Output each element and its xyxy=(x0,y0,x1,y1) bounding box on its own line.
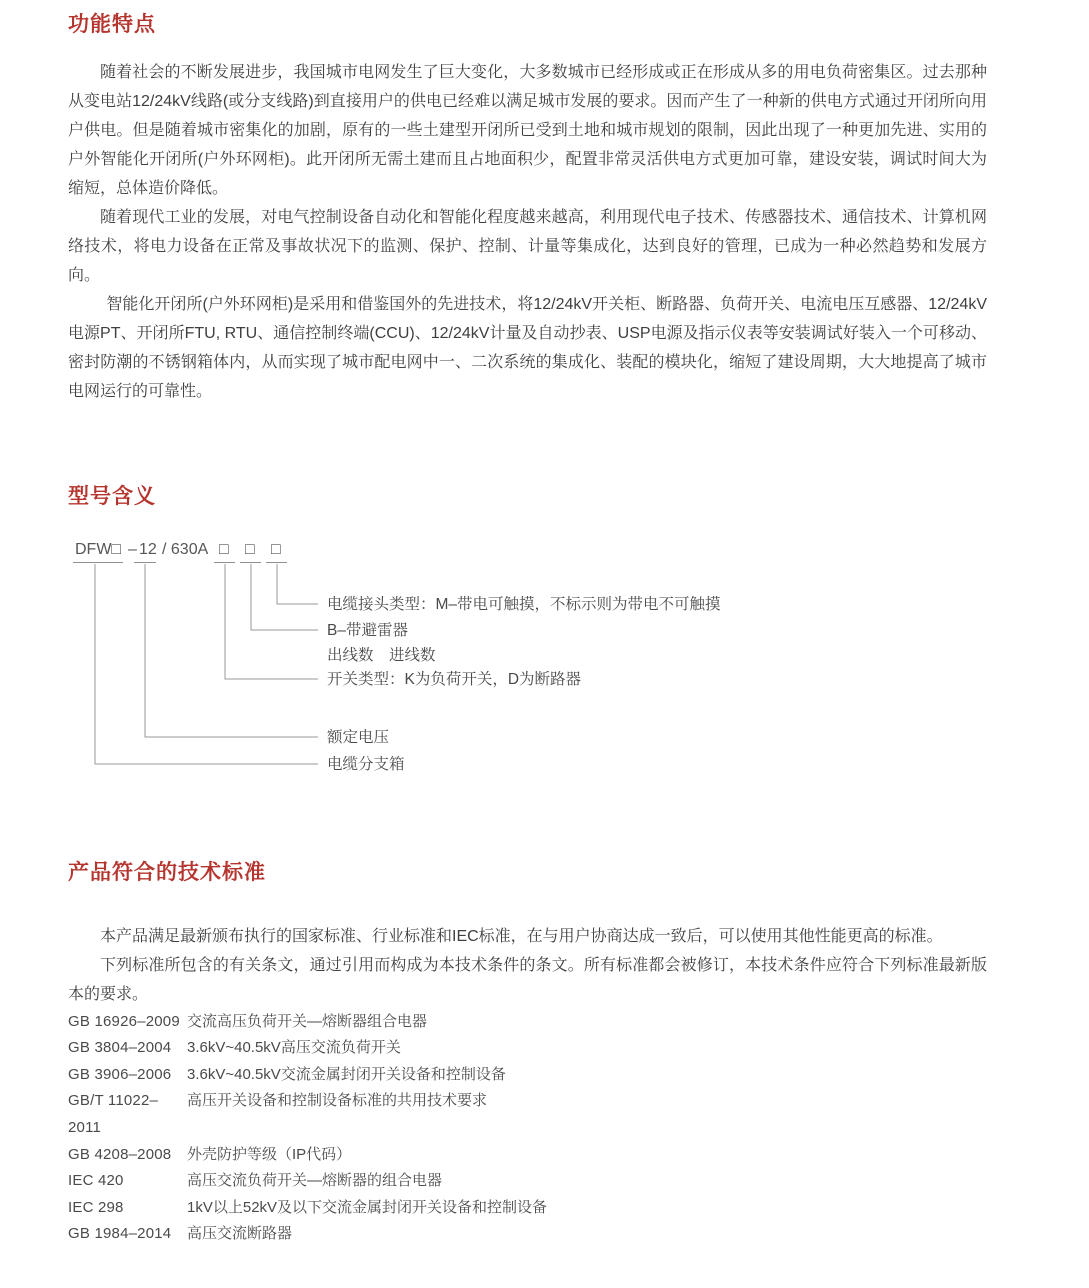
model-code-prefix: DFW□ xyxy=(75,541,121,559)
standard-desc: 3.6kV~40.5kV交流金属封闭开关设备和控制设备 xyxy=(187,1062,987,1089)
standard-desc: 高压交流负荷开关—熔断器的组合电器 xyxy=(187,1168,987,1195)
label-line-counts: 出线数 进线数 xyxy=(327,647,436,665)
features-paragraph-1: 随着社会的不断发展进步，我国城市电网发生了巨大变化，大多数城市已经形成或正在形成… xyxy=(68,58,987,203)
label-rated-voltage: 额定电压 xyxy=(327,729,389,747)
label-switch-type: 开关类型：K为负荷开关，D为断路器 xyxy=(327,671,581,689)
standard-desc: 高压交流断路器 xyxy=(187,1221,987,1248)
section-standards: 产品符合的技术标准 本产品满足最新颁布执行的国家标准、行业标准和IEC标准，在与… xyxy=(68,860,987,1248)
model-code-box-2: □ xyxy=(245,541,255,559)
standard-desc: 3.6kV~40.5kV高压交流负荷开关 xyxy=(187,1035,987,1062)
section-features: 功能特点 随着社会的不断发展进步，我国城市电网发生了巨大变化，大多数城市已经形成… xyxy=(68,12,987,406)
standard-desc: 高压开关设备和控制设备标准的共用技术要求 xyxy=(187,1088,987,1141)
features-paragraph-3: 智能化开闭所(户外环网柜)是采用和借鉴国外的先进技术，将12/24kV开关柜、断… xyxy=(68,290,987,406)
section-model-meaning: 型号含义 DFW□ – 12 / 630A □ □ □ xyxy=(68,484,987,780)
document-page: 功能特点 随着社会的不断发展进步，我国城市电网发生了巨大变化，大多数城市已经形成… xyxy=(0,0,1089,1288)
standard-code: GB 3906–2006 xyxy=(68,1062,187,1089)
model-code-box-1: □ xyxy=(219,541,229,559)
standard-code: GB 16926–2009 xyxy=(68,1009,187,1036)
underline-box-3 xyxy=(266,562,287,563)
standards-table: GB 16926–2009 交流高压负荷开关—熔断器组合电器 GB 3804–2… xyxy=(68,1009,987,1248)
model-code-box-3: □ xyxy=(271,541,281,559)
label-cable-box: 电缆分支箱 xyxy=(327,756,405,774)
standard-code: GB 1984–2014 xyxy=(68,1221,187,1248)
standard-code: GB/T 11022–2011 xyxy=(68,1088,187,1141)
standard-code: GB 3804–2004 xyxy=(68,1035,187,1062)
standard-desc: 1kV以上52kV及以下交流金属封闭开关设备和控制设备 xyxy=(187,1195,987,1222)
model-designation-diagram: DFW□ – 12 / 630A □ □ □ 电缆接头类型：M–带电可触摸，不标… xyxy=(68,535,987,780)
underline-box-1 xyxy=(214,562,235,563)
underline-prefix xyxy=(73,562,123,563)
label-cable-head-type: 电缆接头类型：M–带电可触摸，不标示则为带电不可触摸 xyxy=(327,596,721,614)
diagram-leader-lines xyxy=(68,535,987,780)
underline-voltage xyxy=(134,562,156,563)
features-heading: 功能特点 xyxy=(68,12,987,37)
label-arrester: B–带避雷器 xyxy=(327,622,408,640)
model-code-current: / 630A xyxy=(162,541,208,559)
model-code-voltage: 12 xyxy=(139,541,157,559)
standards-paragraph-1: 本产品满足最新颁布执行的国家标准、行业标准和IEC标准，在与用户协商达成一致后，… xyxy=(68,922,987,951)
standard-desc: 交流高压负荷开关—熔断器组合电器 xyxy=(187,1009,987,1036)
standard-code: IEC 420 xyxy=(68,1168,187,1195)
standards-heading: 产品符合的技术标准 xyxy=(68,860,987,885)
standard-code: IEC 298 xyxy=(68,1195,187,1222)
standard-code: GB 4208–2008 xyxy=(68,1142,187,1169)
standards-paragraph-2: 下列标准所包含的有关条文，通过引用而构成为本技术条件的条文。所有标准都会被修订，… xyxy=(68,951,987,1009)
features-paragraph-2: 随着现代工业的发展，对电气控制设备自动化和智能化程度越来越高，利用现代电子技术、… xyxy=(68,203,987,290)
underline-box-2 xyxy=(240,562,261,563)
standard-desc: 外壳防护等级（IP代码） xyxy=(187,1142,987,1169)
model-heading: 型号含义 xyxy=(68,484,987,509)
model-code-dash: – xyxy=(128,541,137,559)
